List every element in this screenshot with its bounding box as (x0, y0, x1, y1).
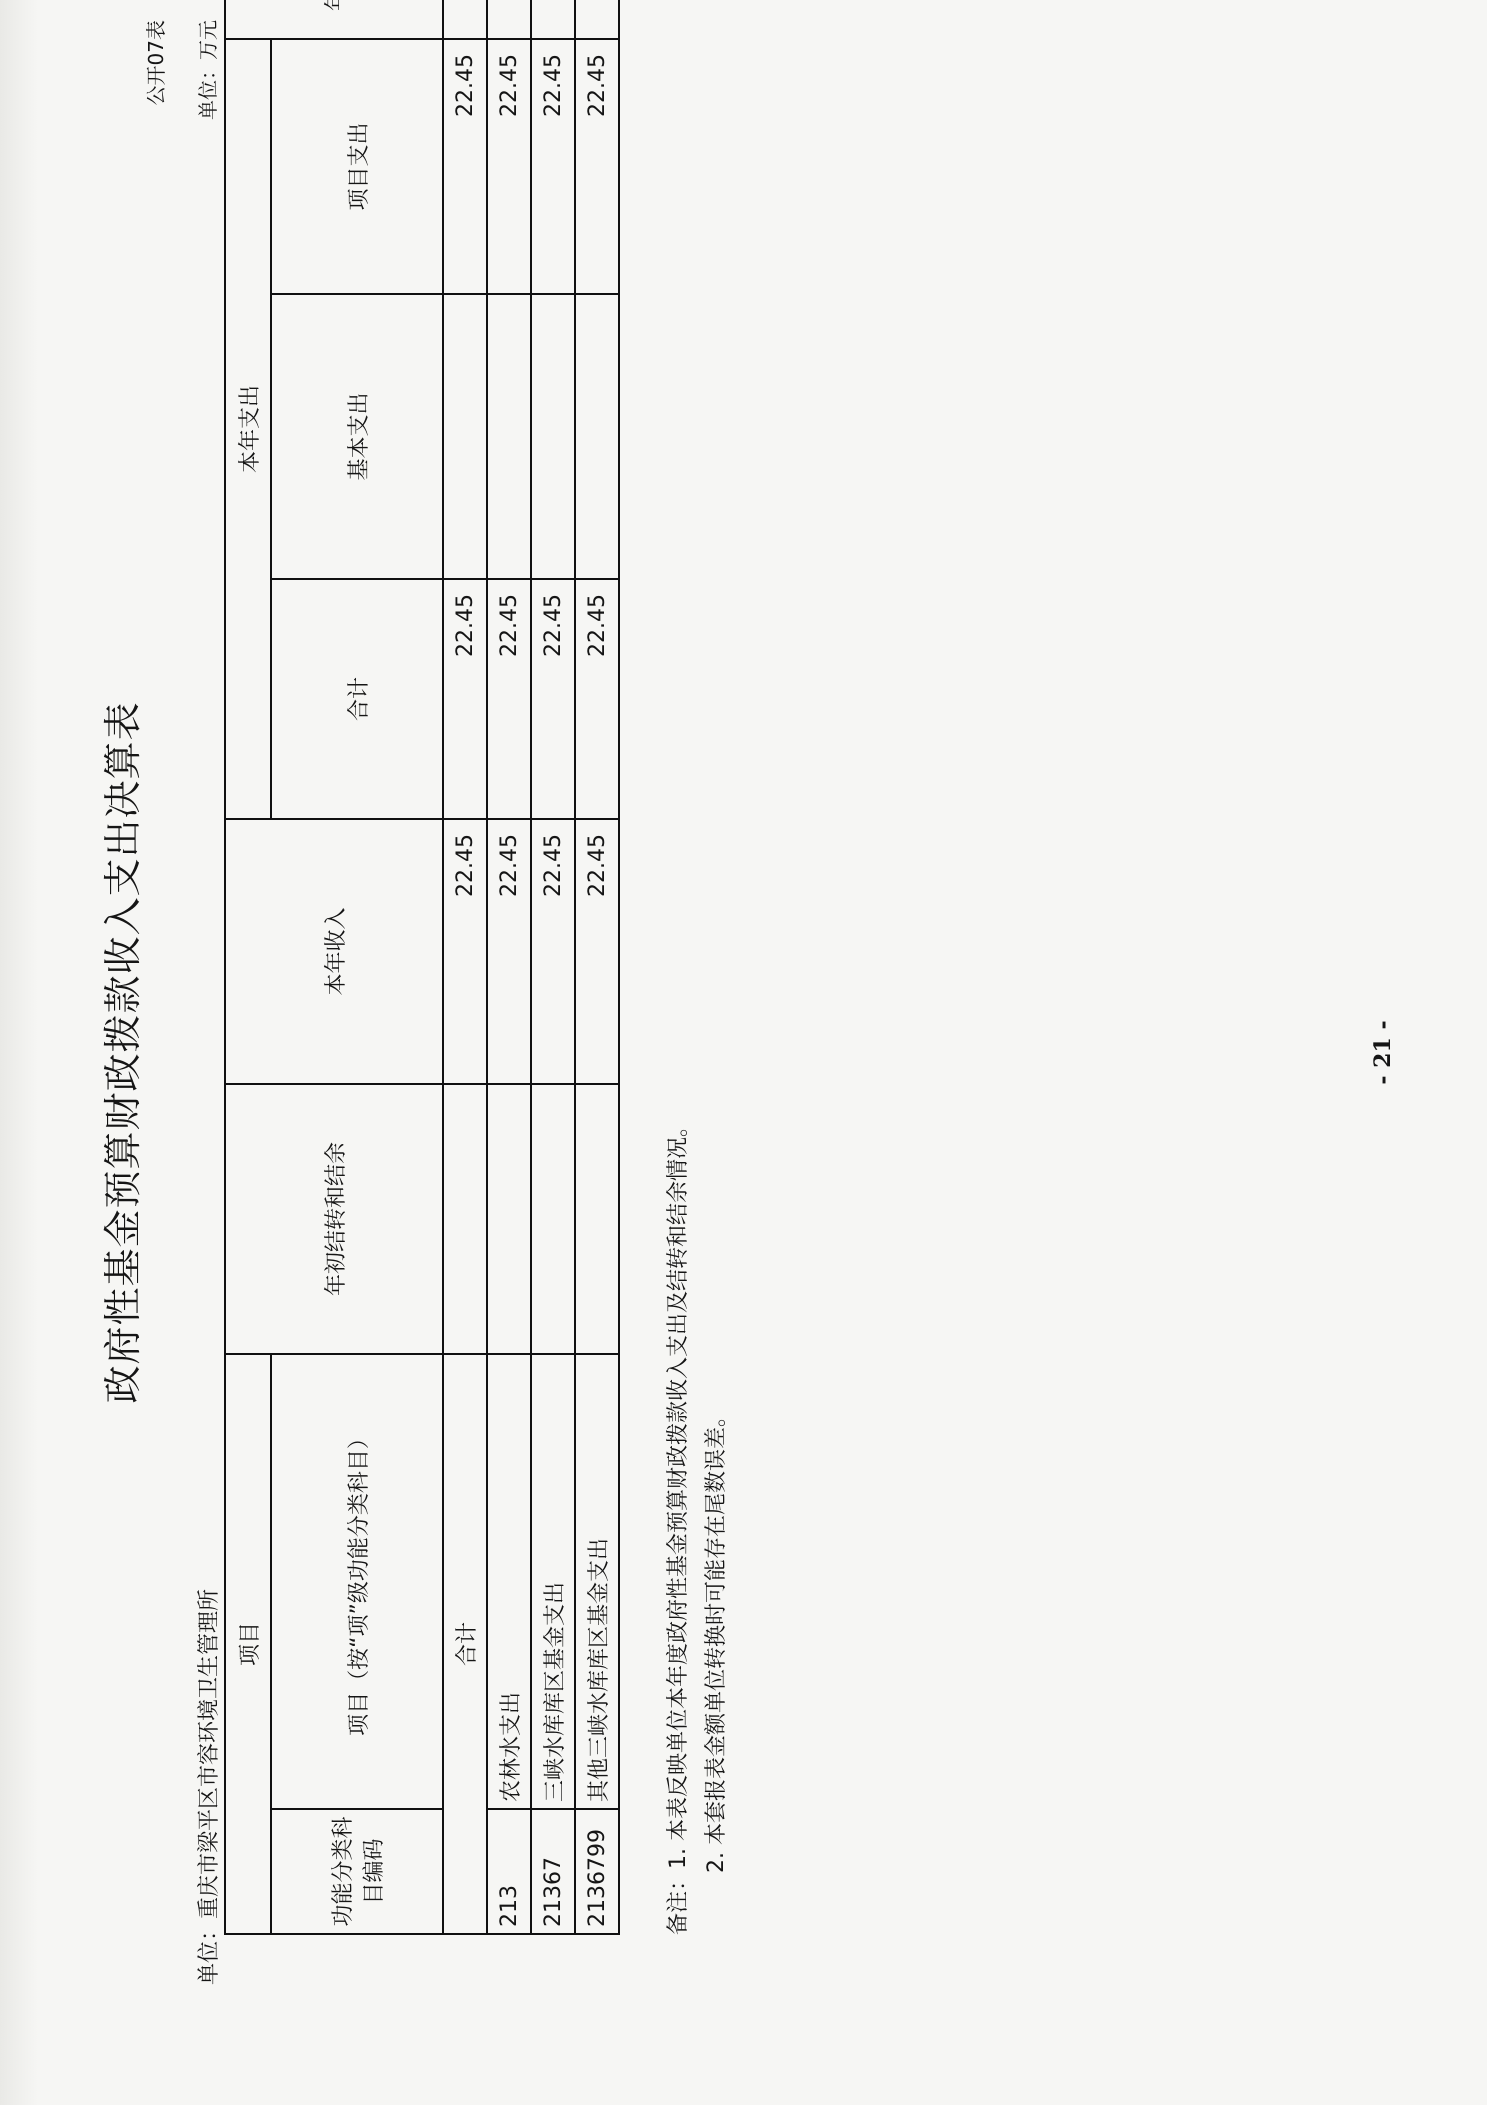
cell-item: 合计 (443, 1354, 487, 1934)
fund-table: 项目 年初结转和结余 本年收入 本年支出 年末结转和结余 功能分类科目编码 项目… (224, 0, 620, 1935)
cell-opening-balance (531, 1084, 575, 1354)
cell-current-income: 22.45 (487, 819, 531, 1084)
page-number: - 21 - (1370, 0, 1396, 2105)
header-code: 功能分类科目编码 (271, 1809, 443, 1934)
scan-edge (0, 0, 38, 2105)
cell-closing-balance (575, 0, 619, 39)
header-current-expense: 本年支出 (225, 39, 271, 819)
cell-current-income: 22.45 (531, 819, 575, 1084)
header-item: 项目（按“项”级功能分类科目） (271, 1354, 443, 1809)
note-line-1: 备注：1. 本表反映单位本年度政府性基金预算财政拨款收入支出及结转和结余情况。 (660, 1115, 698, 1935)
cell-item: 三峡水库库区基金支出 (531, 1354, 575, 1809)
cell-basic-expense (487, 294, 531, 579)
cell-project-expense: 22.45 (531, 39, 575, 294)
header-project-expense: 项目支出 (271, 39, 443, 294)
cell-project-expense: 22.45 (487, 39, 531, 294)
cell-project-expense: 22.45 (443, 39, 487, 294)
cell-current-income: 22.45 (575, 819, 619, 1084)
cell-basic-expense (443, 294, 487, 579)
currency-unit: 单位：万元 (192, 20, 221, 120)
cell-expense-total: 22.45 (487, 579, 531, 819)
cell-code: 2136799 (575, 1809, 619, 1934)
header-current-income: 本年收入 (225, 819, 443, 1084)
page-title: 政府性基金预算财政拨款收入支出决算表 (92, 0, 147, 2105)
cell-current-income: 22.45 (443, 819, 487, 1084)
cell-item: 其他三峡水库库区基金支出 (575, 1354, 619, 1809)
cell-closing-balance (487, 0, 531, 39)
cell-item: 农林水支出 (487, 1354, 531, 1809)
table-row: 2136799 其他三峡水库库区基金支出 22.45 22.45 22.45 (575, 0, 619, 1934)
document-page: 政府性基金预算财政拨款收入支出决算表 公开07表 单位：重庆市梁平区市容环境卫生… (0, 0, 1487, 2105)
cell-code: 21367 (531, 1809, 575, 1934)
cell-opening-balance (443, 1084, 487, 1354)
header-basic-expense: 基本支出 (271, 294, 443, 579)
table-row: 213 农林水支出 22.45 22.45 22.45 (487, 0, 531, 1934)
cell-code: 213 (487, 1809, 531, 1934)
header-project-group: 项目 (225, 1354, 271, 1934)
cell-expense-total: 22.45 (443, 579, 487, 819)
cell-basic-expense (575, 294, 619, 579)
cell-project-expense: 22.45 (575, 39, 619, 294)
cell-opening-balance (487, 1084, 531, 1354)
cell-closing-balance (531, 0, 575, 39)
cell-expense-total: 22.45 (575, 579, 619, 819)
cell-closing-balance (443, 0, 487, 39)
notes: 备注：1. 本表反映单位本年度政府性基金预算财政拨款收入支出及结转和结余情况。 … (660, 1115, 736, 1935)
note-line-2: 2. 本套报表金额单位转换时可能存在尾数误差。 (698, 1115, 736, 1935)
header-expense-total: 合计 (271, 579, 443, 819)
cell-basic-expense (531, 294, 575, 579)
reporting-unit: 单位：重庆市梁平区市容环境卫生管理所 (192, 1589, 223, 1985)
table-row: 21367 三峡水库库区基金支出 22.45 22.45 22.45 (531, 0, 575, 1934)
cell-opening-balance (575, 1084, 619, 1354)
cell-expense-total: 22.45 (531, 579, 575, 819)
table-row-total: 合计 22.45 22.45 22.45 (443, 0, 487, 1934)
header-closing-balance: 年末结转和结余 (225, 0, 443, 39)
header-opening-balance: 年初结转和结余 (225, 1084, 443, 1354)
form-number: 公开07表 (140, 20, 169, 105)
